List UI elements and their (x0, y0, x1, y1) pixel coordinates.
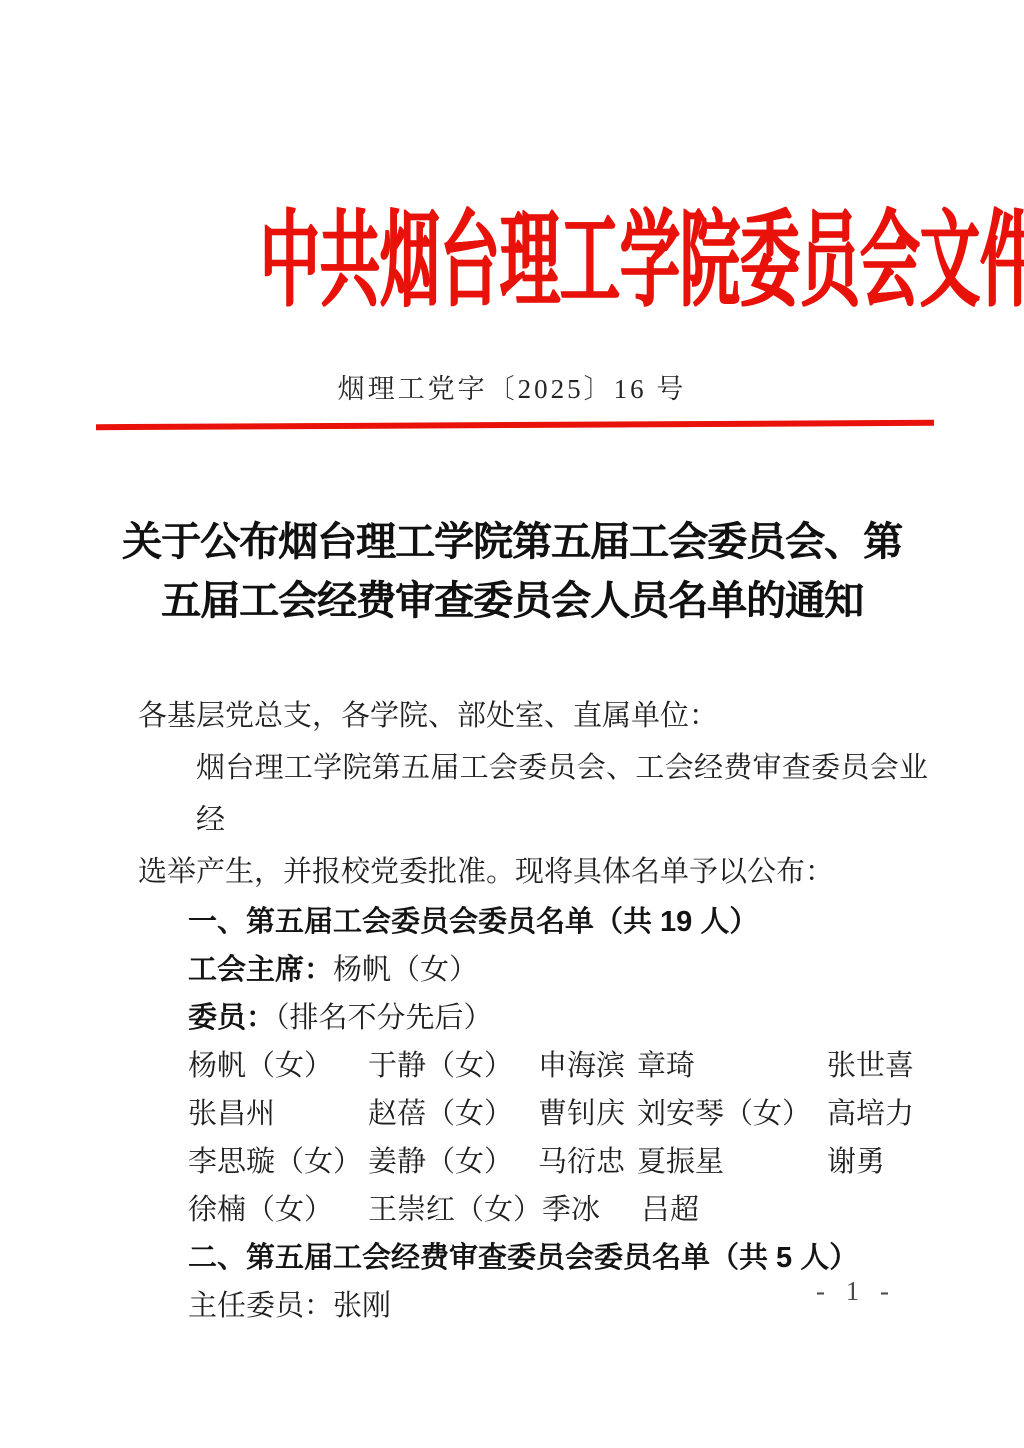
member-name: 季冰 (542, 1186, 641, 1234)
chair-line: 工会主席：杨帆（女） (138, 946, 928, 994)
member-name: 曹钊庆 (538, 1090, 637, 1138)
document-title-line1: 关于公布烟台理工学院第五届工会委员会、第 (0, 512, 1024, 571)
member-row: 张昌州 赵蓓（女） 曹钊庆 刘安琴（女） 高培力 (188, 1090, 928, 1138)
member-name: 马衍忠 (538, 1138, 637, 1186)
member-name: 章琦 (637, 1042, 827, 1090)
member-name (831, 1186, 928, 1234)
members-line: 委员：（排名不分先后） (138, 994, 928, 1042)
member-name: 李思璇（女） (188, 1138, 368, 1186)
intro-line-2: 选举产生，并报校党委批准。现将具体名单予以公布： (138, 846, 928, 898)
section2-heading: 二、第五届工会经费审查委员会委员名单（共 5 人） (138, 1234, 928, 1282)
page-number: - 1 - (816, 1276, 896, 1307)
document-body: 各基层党总支，各学院、部处室、直属单位： 烟台理工学院第五届工会委员会、工会经费… (138, 690, 928, 1330)
member-name: 吕超 (641, 1186, 831, 1234)
director-label: 主任委员： (188, 1290, 333, 1322)
member-row: 徐楠（女） 王崇红（女） 季冰 吕超 (188, 1186, 928, 1234)
red-divider-line (96, 420, 934, 430)
document-page: 中共烟台理工学院委员会文件 烟理工党字〔2025〕16 号 关于公布烟台理工学院… (0, 0, 1024, 1448)
member-name: 于静（女） (368, 1042, 538, 1090)
member-name: 夏振星 (637, 1138, 827, 1186)
members-label: 委员： (188, 1002, 275, 1034)
members-note: （排名不分先后） (275, 1002, 493, 1034)
org-title: 中共烟台理工学院委员会文件 (260, 206, 1024, 317)
member-name: 张世喜 (827, 1042, 928, 1090)
intro-line-1: 烟台理工学院第五届工会委员会、工会经费审查委员会业经 (138, 742, 928, 846)
member-name: 赵蓓（女） (368, 1090, 538, 1138)
red-letterhead: 中共烟台理工学院委员会文件 (0, 206, 1024, 326)
member-name: 姜静（女） (368, 1138, 538, 1186)
member-name: 张昌州 (188, 1090, 368, 1138)
member-row: 李思璇（女） 姜静（女） 马衍忠 夏振星 谢勇 (188, 1138, 928, 1186)
salutation: 各基层党总支，各学院、部处室、直属单位： (138, 690, 928, 742)
member-name: 杨帆（女） (188, 1042, 368, 1090)
document-title: 关于公布烟台理工学院第五届工会委员会、第 五届工会经费审查委员会人员名单的通知 (0, 512, 1024, 630)
doc-number: 烟理工党字〔2025〕16 号 (0, 374, 1024, 404)
member-name: 谢勇 (827, 1138, 928, 1186)
member-row: 杨帆（女） 于静（女） 申海滨 章琦 张世喜 (188, 1042, 928, 1090)
member-name: 刘安琴（女） (637, 1090, 827, 1138)
chair-value: 杨帆（女） (333, 954, 478, 986)
member-name: 王崇红（女） (368, 1186, 542, 1234)
director-value: 张刚 (333, 1290, 391, 1322)
chair-label: 工会主席： (188, 954, 333, 986)
member-name: 徐楠（女） (188, 1186, 368, 1234)
member-name: 申海滨 (538, 1042, 637, 1090)
section1-heading: 一、第五届工会委员会委员名单（共 19 人） (138, 898, 928, 946)
document-title-line2: 五届工会经费审查委员会人员名单的通知 (0, 571, 1024, 630)
director-line: 主任委员：张刚 (138, 1282, 928, 1330)
member-name: 高培力 (827, 1090, 928, 1138)
